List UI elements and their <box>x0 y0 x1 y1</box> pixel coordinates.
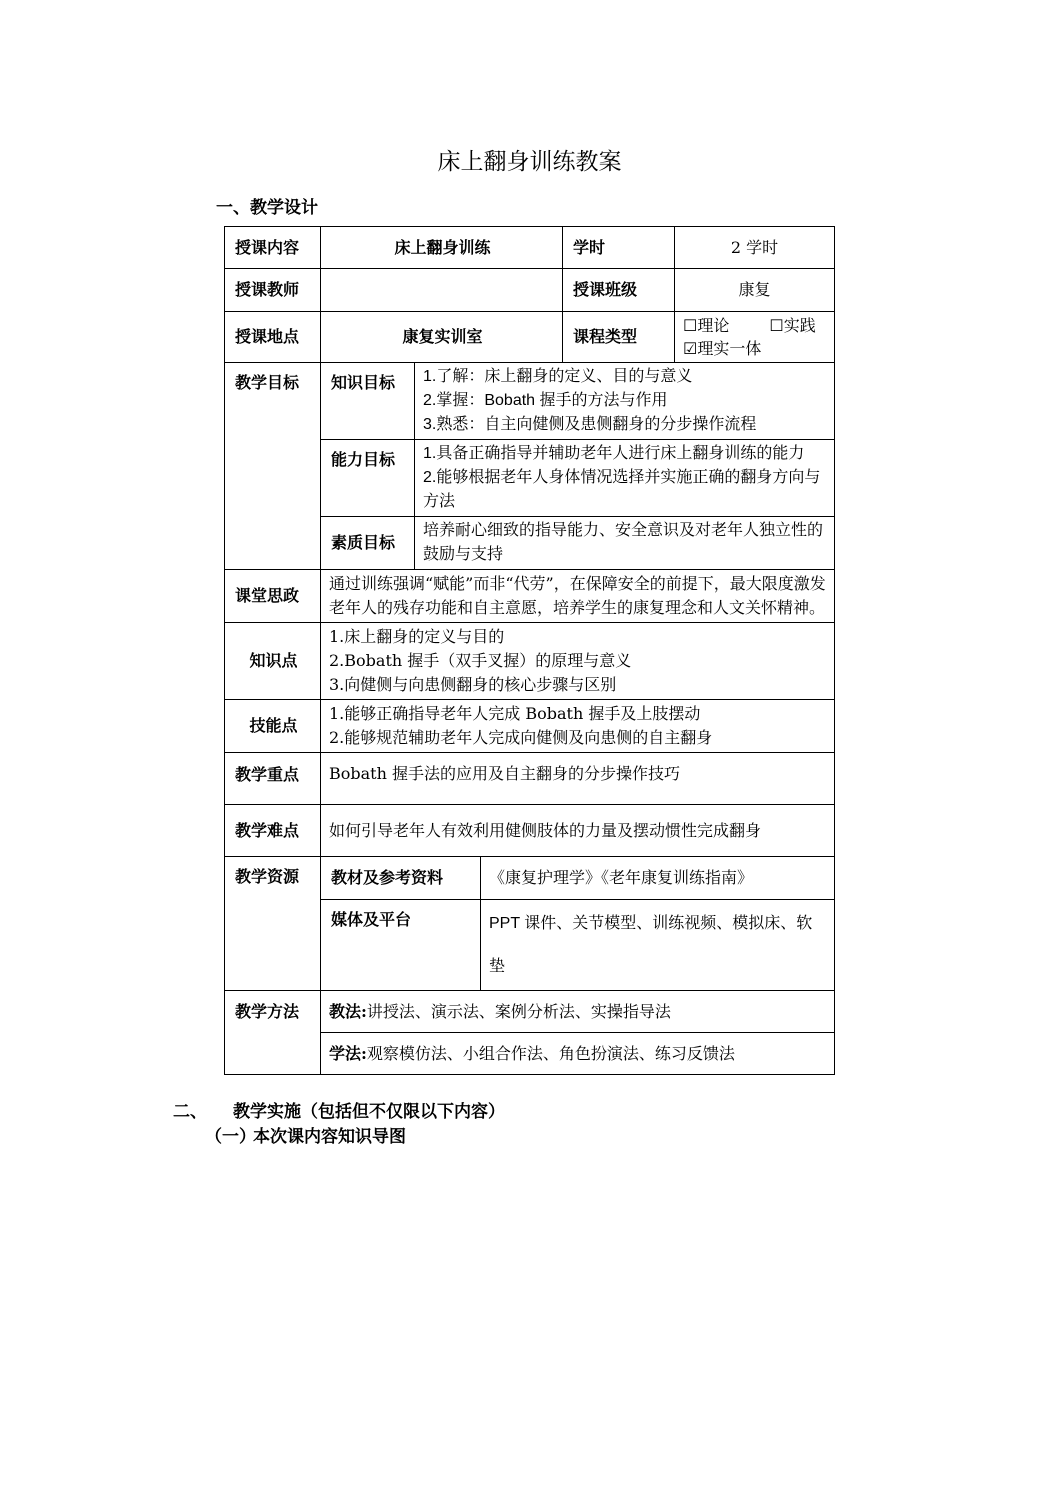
row-knowledge-points: 知识点 1.床上翻身的定义与目的 2.Bobath 握手（双手叉握）的原理与意义… <box>225 623 835 700</box>
knowledge-goal-text: 1.了解：床上翻身的定义、目的与意义 2.掌握：Bobath 握手的方法与作用 … <box>415 363 835 440</box>
difficulty-text: 如何引导老年人有效利用健侧肢体的力量及摆动惯性完成翻身 <box>321 805 835 857</box>
media-text: PPT 课件、关节模型、训练视频、模拟床、软垫 <box>481 900 835 991</box>
label-class: 授课班级 <box>563 269 675 312</box>
ability-goal-text: 1.具备正确指导并辅助老年人进行床上翻身训练的能力 2.能够根据老年人身体情况选… <box>415 440 835 517</box>
label-key-point: 教学重点 <box>225 753 321 805</box>
label-hours: 学时 <box>563 227 675 269</box>
ideology-text: 通过训练强调“赋能”而非“代劳”，在保障安全的前提下，最大限度激发老年人的残存功… <box>321 570 835 623</box>
label-ability-goal: 能力目标 <box>321 440 415 517</box>
skill-points-text: 1.能够正确指导老年人完成 Bobath 握手及上肢摆动 2.能够规范辅助老年人… <box>321 700 835 753</box>
value-class: 康复 <box>675 269 835 312</box>
checkbox-practice[interactable]: ☐实践 <box>769 316 815 335</box>
row-ideology: 课堂思政 通过训练强调“赋能”而非“代劳”，在保障安全的前提下，最大限度激发老年… <box>225 570 835 623</box>
subsection-heading-mindmap: （一）本次课内容知识导图 <box>205 1122 406 1147</box>
quality-goal-text: 培养耐心细致的指导能力、安全意识及对老年人独立性的鼓励与支持 <box>415 517 835 570</box>
row-difficulty: 教学难点 如何引导老年人有效利用健侧肢体的力量及摆动惯性完成翻身 <box>225 805 835 857</box>
label-skill-points: 技能点 <box>225 700 321 753</box>
row-knowledge-goal: 教学目标 知识目标 1.了解：床上翻身的定义、目的与意义 2.掌握：Bobath… <box>225 363 835 440</box>
label-quality-goal: 素质目标 <box>321 517 415 570</box>
label-knowledge-goal: 知识目标 <box>321 363 415 440</box>
label-course-type: 课程类型 <box>563 312 675 363</box>
row-location: 授课地点 康复实训室 课程类型 ☐理论☐实践 ☑理实一体 <box>225 312 835 363</box>
value-hours: 2 学时 <box>675 227 835 269</box>
row-teach-method: 教学方法 教法:讲授法、演示法、案例分析法、实操指导法 <box>225 991 835 1033</box>
row-teacher: 授课教师 授课班级 康复 <box>225 269 835 312</box>
row-skill-points: 技能点 1.能够正确指导老年人完成 Bobath 握手及上肢摆动 2.能够规范辅… <box>225 700 835 753</box>
knowledge-points-text: 1.床上翻身的定义与目的 2.Bobath 握手（双手叉握）的原理与意义 3.向… <box>321 623 835 700</box>
row-content: 授课内容 床上翻身训练 学时 2 学时 <box>225 227 835 269</box>
section-heading-implementation: 二、教学实施（包括但不仅限以下内容） <box>173 1097 505 1122</box>
teach-method: 教法:讲授法、演示法、案例分析法、实操指导法 <box>321 991 835 1033</box>
label-knowledge-points: 知识点 <box>225 623 321 700</box>
books-text: 《康复护理学》《老年康复训练指南》 <box>481 857 835 900</box>
section-heading-design: 一、教学设计 <box>216 193 318 218</box>
document-title: 床上翻身训练教案 <box>0 143 1059 176</box>
label-location: 授课地点 <box>225 312 321 363</box>
row-books: 教学资源 教材及参考资料 《康复护理学》《老年康复训练指南》 <box>225 857 835 900</box>
label-books: 教材及参考资料 <box>321 857 481 900</box>
label-teaching-goals: 教学目标 <box>225 363 321 570</box>
learn-method: 学法:观察模仿法、小组合作法、角色扮演法、练习反馈法 <box>321 1033 835 1075</box>
label-media: 媒体及平台 <box>321 900 481 991</box>
key-point-text: Bobath 握手法的应用及自主翻身的分步操作技巧 <box>321 753 835 805</box>
label-methods: 教学方法 <box>225 991 321 1075</box>
label-teacher: 授课教师 <box>225 269 321 312</box>
checkbox-integrated[interactable]: ☑理实一体 <box>683 339 761 358</box>
lesson-plan-table: 授课内容 床上翻身训练 学时 2 学时 授课教师 授课班级 康复 授课地点 康复… <box>224 226 835 1075</box>
value-content: 床上翻身训练 <box>321 227 563 269</box>
checkbox-theory[interactable]: ☐理论 <box>683 314 729 337</box>
label-ideology: 课堂思政 <box>225 570 321 623</box>
label-resources: 教学资源 <box>225 857 321 991</box>
label-content: 授课内容 <box>225 227 321 269</box>
course-type-options: ☐理论☐实践 ☑理实一体 <box>675 312 835 363</box>
value-teacher <box>321 269 563 312</box>
label-difficulty: 教学难点 <box>225 805 321 857</box>
value-location: 康复实训室 <box>321 312 563 363</box>
row-key-point: 教学重点 Bobath 握手法的应用及自主翻身的分步操作技巧 <box>225 753 835 805</box>
